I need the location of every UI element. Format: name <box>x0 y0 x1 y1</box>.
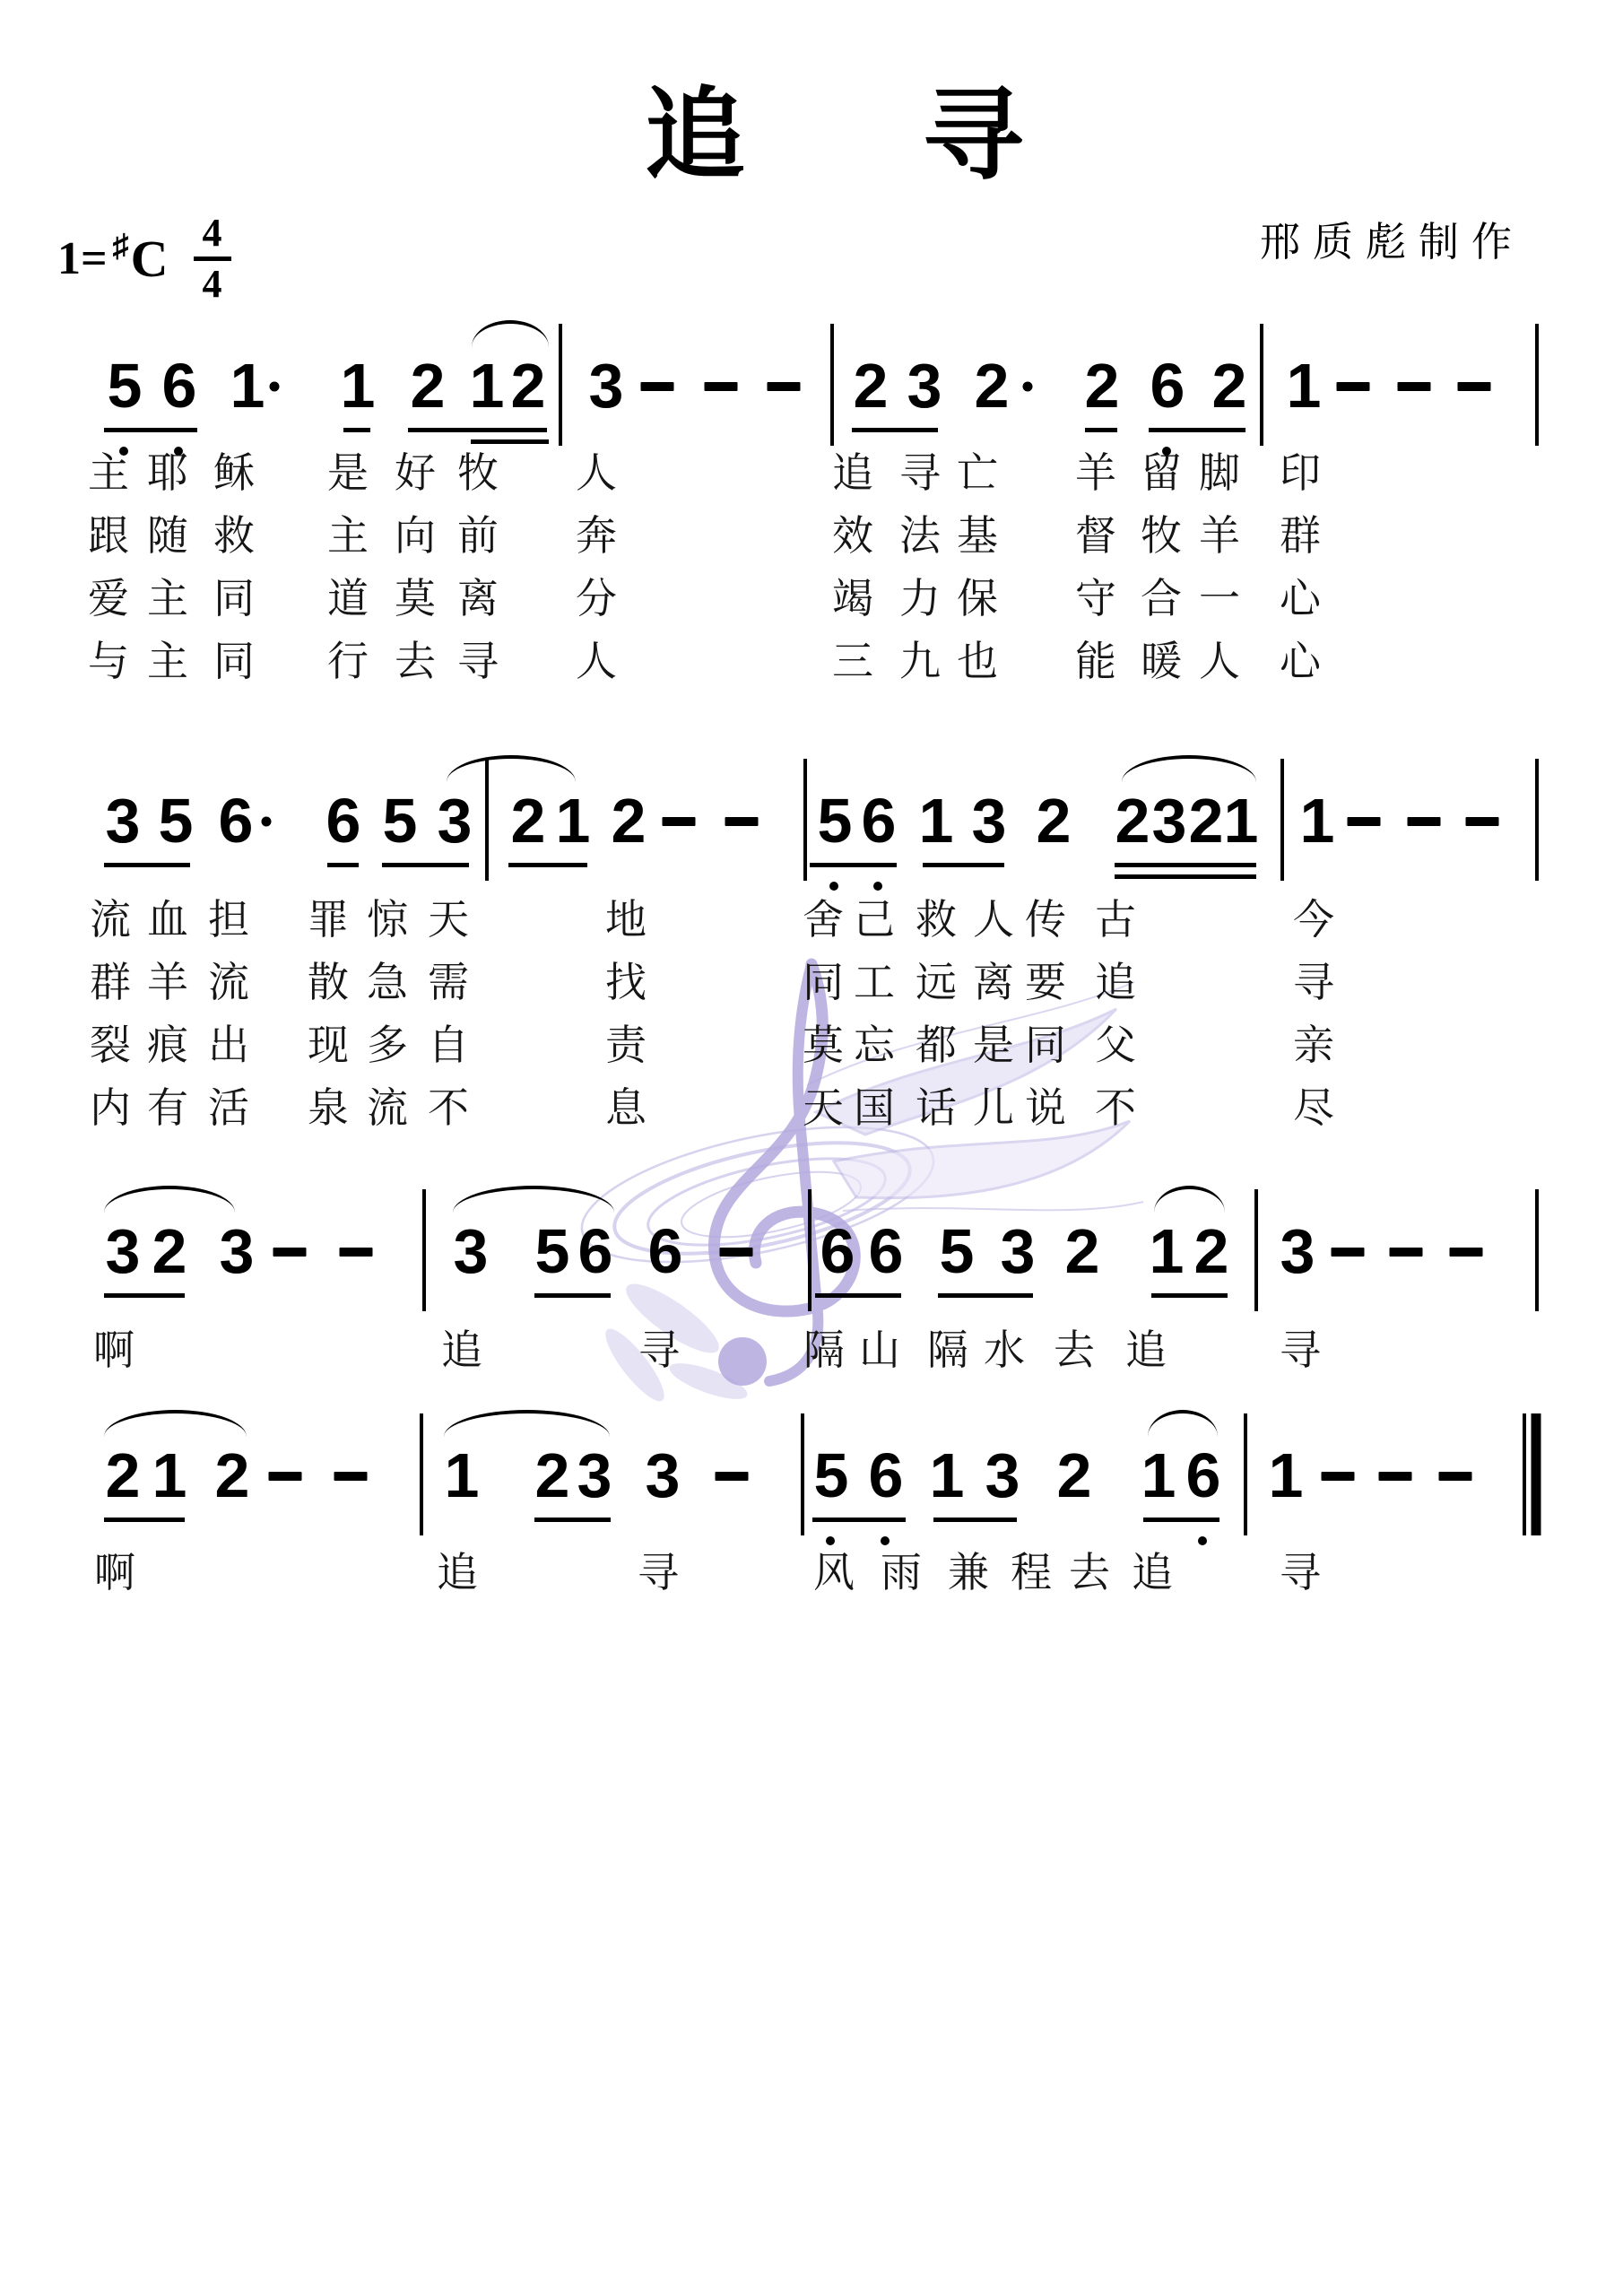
lyric-char: 离 <box>973 958 1014 1007</box>
duration-dash <box>1348 817 1381 826</box>
lyric-char: 一 <box>1199 574 1240 623</box>
beam-underline <box>1143 1518 1219 1522</box>
beam-underline <box>812 1518 906 1522</box>
note-digit: 3 <box>220 1220 253 1283</box>
duration-dash <box>1322 1472 1355 1481</box>
lyric-char: 守 <box>1075 574 1116 623</box>
lyric-char: 多 <box>367 1021 408 1070</box>
duration-dash <box>1466 817 1499 826</box>
beam-underline <box>933 1518 1017 1522</box>
note-digit: 2 <box>1189 789 1222 852</box>
beam-underline <box>1115 863 1256 867</box>
lyric-char: 人 <box>1199 637 1240 686</box>
duration-dash <box>1458 382 1491 391</box>
lyric-char: 尽 <box>1293 1083 1334 1133</box>
augmentation-dot <box>270 382 280 392</box>
lyric-char: 啊 <box>93 1326 135 1375</box>
lyric-char: 责 <box>605 1021 647 1070</box>
slur-arc <box>447 755 576 782</box>
lyric-char: 三 <box>832 637 873 686</box>
barline <box>1535 1189 1539 1311</box>
note-digit: 6 <box>869 1444 902 1507</box>
beam-underline <box>1151 1293 1228 1298</box>
note-digit: 1 <box>556 789 589 852</box>
beam-underline <box>534 1518 611 1522</box>
slur-arc <box>444 1410 610 1437</box>
lyric-char: 羊 <box>1199 511 1240 561</box>
lyric-char: 自 <box>428 1021 469 1070</box>
beam-underline <box>852 428 938 432</box>
note-digit: 3 <box>1280 1220 1314 1283</box>
low-octave-dot <box>873 882 882 891</box>
note-digit: 2 <box>1037 789 1070 852</box>
beam-underline <box>534 1293 611 1298</box>
barline <box>420 1413 423 1535</box>
lyric-char: 寻 <box>638 1548 679 1597</box>
augmentation-dot <box>1023 382 1033 392</box>
lyric-char: 同 <box>803 958 844 1007</box>
lyric-char: 山 <box>859 1326 900 1375</box>
beam-underline <box>104 863 190 867</box>
barline <box>808 1189 811 1311</box>
lyric-char: 跟 <box>88 511 129 561</box>
lyric-char: 效 <box>832 511 873 561</box>
note-digit: 3 <box>907 354 941 417</box>
barline <box>559 324 562 446</box>
low-octave-dot <box>826 1536 835 1545</box>
lyric-char: 现 <box>308 1021 349 1070</box>
lyric-char: 人 <box>576 448 617 498</box>
low-octave-dot <box>829 882 838 891</box>
lyric-char: 需 <box>428 958 469 1007</box>
slur-arc <box>104 1186 235 1213</box>
lyric-char: 血 <box>147 895 188 944</box>
note-digit: 2 <box>1085 354 1118 417</box>
duration-dash <box>641 382 674 391</box>
note-digit: 3 <box>454 1220 487 1283</box>
lyric-char: 要 <box>1025 958 1066 1007</box>
lyric-char: 远 <box>916 958 957 1007</box>
note-digit: 1 <box>1300 789 1333 852</box>
slur-arc <box>104 1410 247 1437</box>
note-digit: 2 <box>215 1444 248 1507</box>
note-digit: 3 <box>1001 1220 1034 1283</box>
lyric-char: 竭 <box>832 574 873 623</box>
beam-underline <box>104 1293 185 1298</box>
lyric-char: 泉 <box>308 1083 349 1133</box>
note-digit: 3 <box>972 789 1005 852</box>
lyric-char: 也 <box>957 637 998 686</box>
lyric-char: 隔 <box>803 1326 845 1375</box>
note-digit: 2 <box>152 1220 186 1283</box>
lyric-char: 莫 <box>803 1021 844 1070</box>
note-digit: 2 <box>1115 789 1149 852</box>
note-digit: 5 <box>383 789 416 852</box>
lyric-char: 心 <box>1280 637 1321 686</box>
note-digit: 1 <box>152 1444 186 1507</box>
lyric-char: 督 <box>1075 511 1116 561</box>
lyric-char: 古 <box>1095 895 1136 944</box>
lyric-char: 救 <box>916 895 957 944</box>
note-digit: 2 <box>1212 354 1245 417</box>
beam-underline <box>408 428 547 432</box>
lyric-char: 爱 <box>88 574 129 623</box>
lyric-char: 人 <box>973 895 1014 944</box>
barline <box>1244 1413 1247 1535</box>
lyric-char: 流 <box>367 1083 408 1133</box>
lyric-char: 牧 <box>457 448 499 498</box>
lyric-char: 追 <box>1132 1548 1173 1597</box>
note-digit: 5 <box>818 789 851 852</box>
lyric-char: 儿 <box>973 1083 1014 1133</box>
lyric-char: 有 <box>147 1083 188 1133</box>
lyric-char: 寻 <box>899 448 941 498</box>
lyric-char: 程 <box>1011 1548 1052 1597</box>
note-digit: 3 <box>106 789 139 852</box>
lyric-char: 罪 <box>308 895 349 944</box>
lyric-char: 都 <box>916 1021 957 1070</box>
beam-underline <box>923 863 1004 867</box>
note-digit: 6 <box>162 354 195 417</box>
slur-arc <box>1122 755 1256 782</box>
duration-dash <box>725 817 759 826</box>
lyric-char: 是 <box>973 1021 1014 1070</box>
lyric-char: 散 <box>308 958 349 1007</box>
augmentation-dot <box>262 817 272 827</box>
lyric-char: 息 <box>605 1083 647 1133</box>
lyric-char: 活 <box>208 1083 249 1133</box>
lyric-char: 主 <box>147 574 188 623</box>
lyric-char: 惊 <box>367 895 408 944</box>
note-digit: 3 <box>589 354 622 417</box>
lyric-char: 话 <box>916 1083 957 1133</box>
lyric-char: 留 <box>1141 448 1182 498</box>
lyric-char: 亡 <box>957 448 998 498</box>
note-digit: 2 <box>975 354 1008 417</box>
lyric-char: 国 <box>854 1083 895 1133</box>
lyric-char: 同 <box>213 574 255 623</box>
note-digit: 3 <box>106 1220 139 1283</box>
lyric-char: 去 <box>1054 1326 1095 1375</box>
note-digit: 6 <box>326 789 360 852</box>
lyric-char: 脚 <box>1199 448 1240 498</box>
duration-dash <box>720 1248 753 1257</box>
lyric-char: 法 <box>899 511 941 561</box>
duration-dash <box>1450 1248 1483 1257</box>
slur-arc <box>453 1186 614 1213</box>
duration-dash <box>1390 1248 1423 1257</box>
lyric-char: 群 <box>90 958 131 1007</box>
note-digit: 2 <box>612 789 645 852</box>
lyric-char: 主 <box>147 637 188 686</box>
note-digit: 2 <box>106 1444 139 1507</box>
lyric-char: 父 <box>1095 1021 1136 1070</box>
lyric-char: 找 <box>605 958 647 1007</box>
slur-arc <box>1154 1186 1225 1213</box>
duration-dash <box>273 1248 307 1257</box>
note-digit: 3 <box>438 789 471 852</box>
note-digit: 3 <box>577 1444 611 1507</box>
lyric-char: 离 <box>457 574 499 623</box>
beam-underline <box>810 863 897 867</box>
lyric-char: 能 <box>1075 637 1116 686</box>
duration-dash <box>269 1472 302 1481</box>
lyric-char: 流 <box>208 958 249 1007</box>
lyric-char: 雨 <box>881 1548 922 1597</box>
beam-underline <box>938 1293 1033 1298</box>
beam-underline <box>343 428 370 432</box>
note-digit: 2 <box>1065 1220 1098 1283</box>
lyric-char: 天 <box>803 1083 844 1133</box>
note-digit: 6 <box>219 789 252 852</box>
note-digit: 3 <box>646 1444 679 1507</box>
lyric-char: 主 <box>88 448 129 498</box>
note-digit: 1 <box>1287 354 1320 417</box>
duration-dash <box>768 382 801 391</box>
lyric-char: 羊 <box>1075 448 1116 498</box>
note-digit: 2 <box>1194 1220 1228 1283</box>
slur-arc <box>1148 1410 1218 1437</box>
beam-underline <box>327 863 359 867</box>
lyric-char: 寻 <box>638 1326 680 1375</box>
lyric-char: 忘 <box>854 1021 895 1070</box>
lyric-char: 去 <box>395 637 436 686</box>
barline <box>422 1189 426 1311</box>
lyric-char: 出 <box>208 1021 249 1070</box>
lyric-char: 地 <box>605 895 647 944</box>
beam-underline <box>508 863 587 867</box>
lyric-char: 主 <box>327 511 369 561</box>
barline <box>830 324 834 446</box>
sheet-music-page: 追寻 1= ♯ C 4 4 邢质彪制作 <box>0 0 1623 2296</box>
duration-dash <box>705 382 738 391</box>
low-octave-dot <box>881 1536 890 1545</box>
lyric-char: 群 <box>1280 511 1321 561</box>
lyric-char: 亲 <box>1293 1021 1334 1070</box>
note-digit: 6 <box>1186 1444 1219 1507</box>
note-digit: 1 <box>1141 1444 1175 1507</box>
lyric-char: 己 <box>854 895 895 944</box>
note-digit: 2 <box>854 354 887 417</box>
duration-dash <box>1408 817 1441 826</box>
barline <box>1523 1413 1526 1535</box>
lyric-char: 啊 <box>94 1548 135 1597</box>
duration-dash <box>334 1472 368 1481</box>
lyric-char: 耶 <box>147 448 188 498</box>
lyric-char: 隔 <box>927 1326 968 1375</box>
lyric-char: 基 <box>957 511 998 561</box>
lyric-char: 同 <box>213 637 255 686</box>
lyric-char: 追 <box>1125 1326 1167 1375</box>
lyric-char: 牧 <box>1141 511 1182 561</box>
duration-dash <box>663 817 696 826</box>
slur-arc <box>472 320 549 347</box>
note-digit: 3 <box>1152 789 1185 852</box>
duration-dash <box>1379 1472 1412 1481</box>
beam-underline <box>1085 428 1117 432</box>
lyric-char: 说 <box>1025 1083 1066 1133</box>
lyric-char: 不 <box>428 1083 469 1133</box>
lyric-char: 流 <box>90 895 131 944</box>
note-digit: 6 <box>578 1220 612 1283</box>
lyric-char: 天 <box>428 895 469 944</box>
note-digit: 3 <box>985 1444 1019 1507</box>
lyric-char: 内 <box>90 1083 131 1133</box>
barline <box>1535 324 1539 446</box>
note-digit: 1 <box>470 354 503 417</box>
note-digit: 1 <box>919 789 952 852</box>
note-digit: 2 <box>1057 1444 1090 1507</box>
lyric-char: 是 <box>327 448 369 498</box>
note-digit: 5 <box>159 789 192 852</box>
lyric-char: 保 <box>957 574 998 623</box>
note-digit: 1 <box>230 354 264 417</box>
duration-dash <box>716 1472 749 1481</box>
lyric-char: 担 <box>208 895 249 944</box>
note-digit: 1 <box>1224 789 1257 852</box>
note-digit: 1 <box>445 1444 478 1507</box>
barline <box>1260 324 1263 446</box>
lyric-char: 舍 <box>803 895 844 944</box>
low-octave-dot <box>1198 1536 1207 1545</box>
duration-dash <box>1337 382 1370 391</box>
note-digit: 2 <box>511 354 544 417</box>
lyric-char: 行 <box>327 637 369 686</box>
note-digit: 6 <box>862 789 895 852</box>
note-digit: 6 <box>648 1220 681 1283</box>
barline <box>1535 759 1539 881</box>
barline <box>1254 1189 1258 1311</box>
duration-dash <box>340 1248 373 1257</box>
lyric-char: 寻 <box>1293 958 1334 1007</box>
lyric-char: 羊 <box>147 958 188 1007</box>
lyric-char: 人 <box>576 637 617 686</box>
note-digit: 5 <box>108 354 141 417</box>
lyric-char: 好 <box>395 448 436 498</box>
note-digit: 6 <box>1150 354 1184 417</box>
lyric-char: 力 <box>899 574 941 623</box>
note-digit: 2 <box>535 1444 568 1507</box>
lyric-char: 暖 <box>1141 637 1182 686</box>
lyric-char: 前 <box>457 511 499 561</box>
lyric-char: 九 <box>899 637 941 686</box>
lyric-char: 裂 <box>90 1021 131 1070</box>
lyric-char: 道 <box>327 574 369 623</box>
lyric-char: 兼 <box>948 1548 989 1597</box>
beam-underline <box>471 439 549 444</box>
note-digit: 6 <box>869 1220 902 1283</box>
lyric-char: 与 <box>88 637 129 686</box>
note-digit: 1 <box>1269 1444 1302 1507</box>
lyric-char: 莫 <box>395 574 436 623</box>
lyric-char: 不 <box>1095 1083 1136 1133</box>
lyric-char: 寻 <box>1280 1548 1321 1597</box>
lyric-char: 追 <box>1095 958 1136 1007</box>
lyric-char: 痕 <box>147 1021 188 1070</box>
beam-underline <box>104 428 197 432</box>
lyric-char: 救 <box>213 511 255 561</box>
lyric-char: 追 <box>832 448 873 498</box>
barline <box>801 1413 804 1535</box>
note-digit: 5 <box>535 1220 568 1283</box>
lyric-char: 寻 <box>457 637 499 686</box>
note-digit: 2 <box>511 789 544 852</box>
note-digit: 1 <box>341 354 374 417</box>
lyric-char: 奔 <box>576 511 617 561</box>
lyric-char: 工 <box>854 958 895 1007</box>
lyric-char: 追 <box>437 1548 478 1597</box>
note-digit: 5 <box>940 1220 973 1283</box>
lyric-char: 寻 <box>1280 1326 1321 1375</box>
lyric-char: 今 <box>1293 895 1334 944</box>
note-digit: 2 <box>411 354 444 417</box>
lyric-char: 稣 <box>213 448 255 498</box>
barline <box>1532 1413 1541 1535</box>
lyric-char: 心 <box>1280 574 1321 623</box>
barline <box>803 759 807 881</box>
beam-underline <box>1149 428 1245 432</box>
note-digit: 5 <box>814 1444 847 1507</box>
lyric-char: 向 <box>395 511 436 561</box>
beam-underline <box>104 1518 185 1522</box>
beam-underline <box>382 863 469 867</box>
lyric-char: 合 <box>1141 574 1182 623</box>
lyric-char: 急 <box>367 958 408 1007</box>
duration-dash <box>1439 1472 1472 1481</box>
duration-dash <box>1332 1248 1365 1257</box>
barline <box>1280 759 1284 881</box>
lyric-char: 水 <box>984 1326 1025 1375</box>
lyric-char: 印 <box>1280 448 1321 498</box>
lyric-char: 分 <box>576 574 617 623</box>
lyric-char: 风 <box>813 1548 855 1597</box>
beam-underline <box>1115 874 1256 879</box>
duration-dash <box>1398 382 1431 391</box>
beam-underline <box>815 1293 901 1298</box>
score: 5611212323226213566532125613223211323356… <box>0 0 1623 2296</box>
note-digit: 1 <box>930 1444 963 1507</box>
lyric-char: 随 <box>147 511 188 561</box>
note-digit: 1 <box>1150 1220 1183 1283</box>
lyric-char: 同 <box>1025 1021 1066 1070</box>
lyric-char: 追 <box>441 1326 482 1375</box>
note-digit: 6 <box>820 1220 854 1283</box>
lyric-char: 去 <box>1069 1548 1110 1597</box>
lyric-char: 传 <box>1025 895 1066 944</box>
